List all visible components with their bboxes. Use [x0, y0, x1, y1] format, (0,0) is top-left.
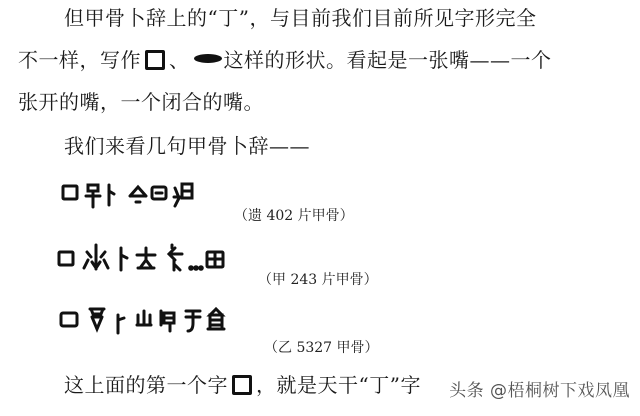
paragraph-1-line-3: 张开的嘴，一个闭合的嘴。: [18, 90, 264, 114]
enumeration-comma: 、: [169, 48, 190, 72]
paragraph-1-line-1: 但甲骨卜辞上的“丁”，与目前我们目前所见字形完全: [64, 6, 536, 30]
paragraph-1-line-2-end: 这样的形状。看起是一张嘴——一个: [224, 48, 552, 72]
oracle-bone-glyphs-icon: [55, 242, 245, 276]
toutiao-watermark: 头条 @梧桐树下戏凤凰: [449, 376, 630, 401]
inscription-3-caption: （乙 5327 甲骨）: [264, 340, 379, 356]
paragraph-3-start: 这上面的第一个字: [64, 373, 228, 397]
open-mouth-glyph-icon: [145, 50, 165, 70]
paragraph-1-line-2-start: 不一样，写作: [18, 48, 141, 72]
oracle-bone-glyphs-icon: [58, 305, 258, 339]
paragraph-2-line-1: 我们来看几句甲骨卜辞——: [64, 134, 310, 158]
closed-mouth-glyph-icon: [194, 54, 222, 63]
paragraph-1-line-2: 不一样，写作、这样的形状。看起是一张嘴——一个: [18, 48, 552, 72]
oracle-inscription-1: [60, 180, 220, 214]
inscription-2-caption: （甲 243 片甲骨）: [258, 272, 378, 288]
paragraph-3-end: ，就是天干“丁”字: [256, 373, 421, 397]
paragraph-3-line-1: 这上面的第一个字，就是天干“丁”字: [64, 373, 421, 397]
oracle-bone-glyphs-icon: [60, 180, 220, 214]
oracle-inscription-3: [58, 305, 258, 339]
inscription-1-caption: （遗 402 片甲骨）: [234, 208, 354, 224]
oracle-inscription-2: [55, 242, 245, 276]
ding-glyph-icon: [232, 375, 252, 395]
